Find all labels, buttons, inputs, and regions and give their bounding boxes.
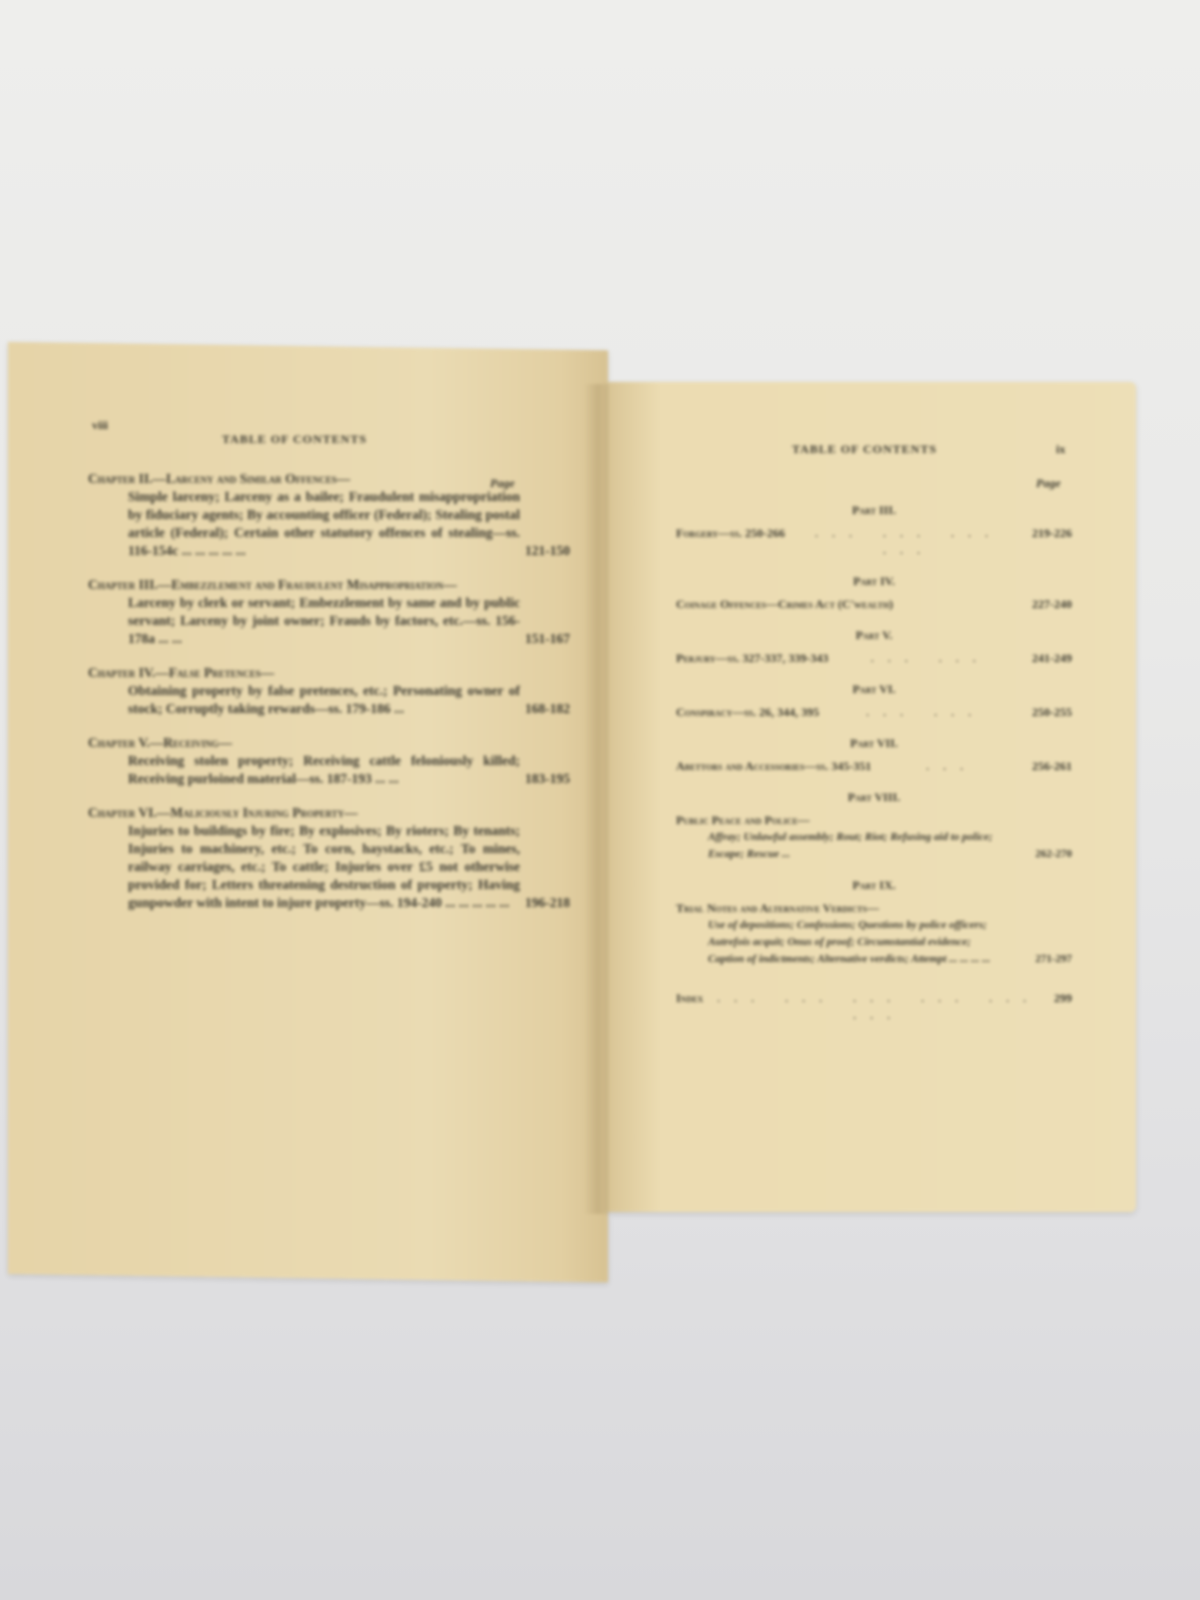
chapter-title: Chapter III.—Embezzlement and Fraudulent… — [88, 576, 520, 594]
part-entry-subtopics: Affray; Unlawful assembly; Rout; Riot; R… — [676, 829, 1072, 863]
leader-dots: ... ... — [819, 704, 1032, 721]
right-folio: ix — [1056, 442, 1065, 457]
part-heading: Part IV. — [676, 573, 1072, 590]
chapter-summary-text: Injuries to buildings by fire; By explos… — [128, 823, 520, 910]
index-label: Index — [676, 990, 703, 1024]
left-toc-list: Chapter II.—Larceny and Similar Offences… — [88, 470, 520, 928]
part-entry-title: Conspiracy—ss. 26, 344, 395 — [676, 704, 819, 721]
chapter-title: Chapter VI.—Maliciously Injuring Propert… — [88, 804, 520, 822]
chapter-summary: Injuries to buildings by fire; By explos… — [88, 822, 520, 912]
chapter-summary: Obtaining property by false pretences, e… — [88, 682, 520, 718]
chapter-summary: Simple larceny; Larceny as a bailee; Fra… — [88, 488, 520, 560]
right-toc-list: Part III.Forgery—ss. 250-266... ... ... … — [676, 488, 1072, 1024]
part-entry: Perjury—ss. 327-337, 339-343... ...241-2… — [676, 650, 1072, 667]
leader-dots: ... ... ... ... — [785, 525, 1032, 559]
part-entry-title: Public Peace and Police— — [676, 812, 1072, 829]
chapter-page-range: 121-150 — [525, 542, 570, 560]
toc-chapter: Chapter III.—Embezzlement and Fraudulent… — [88, 576, 520, 648]
subtopics-text: Use of depositions; Confessions; Questio… — [708, 917, 1008, 968]
chapter-title: Chapter IV.—False Pretences— — [88, 664, 520, 682]
part-heading: Part VIII. — [676, 789, 1072, 806]
part-entry-subtopics: Use of depositions; Confessions; Questio… — [676, 917, 1072, 968]
part-entry-title: Coinage Offences—Crimes Act (C'wealth) — [676, 596, 893, 613]
chapter-summary: Larceny by clerk or servant; Embezzlemen… — [88, 594, 520, 648]
part-entry-title: Trial Notes and Alternative Verdicts— — [676, 900, 1072, 917]
part-page-range: 250-255 — [1032, 704, 1072, 721]
chapter-page-range: 183-195 — [525, 770, 570, 788]
part-entry: Forgery—ss. 250-266... ... ... ...219-22… — [676, 525, 1072, 559]
part-page-range: 271-297 — [1035, 951, 1072, 968]
part-entry-title: Perjury—ss. 327-337, 339-343 — [676, 650, 828, 667]
subtopics-text: Affray; Unlawful assembly; Rout; Riot; R… — [708, 829, 1008, 863]
part-page-range: 256-261 — [1032, 758, 1072, 775]
toc-chapter: Chapter II.—Larceny and Similar Offences… — [88, 470, 520, 560]
part-heading: Part V. — [676, 627, 1072, 644]
part-heading: Part IX. — [676, 877, 1072, 894]
index-entry: Index... ... ... ... ... ...299 — [676, 990, 1072, 1024]
part-heading: Part VI. — [676, 681, 1072, 698]
part-heading: Part VII. — [676, 735, 1072, 752]
part-page-range: 241-249 — [1032, 650, 1072, 667]
part-page-range: 219-226 — [1032, 525, 1072, 559]
left-folio: viii — [92, 418, 108, 433]
toc-chapter: Chapter V.—Receiving—Receiving stolen pr… — [88, 734, 520, 788]
part-entry: Abettors and Accessories—ss. 345-351...2… — [676, 758, 1072, 775]
leader-dots: ... ... — [828, 650, 1032, 667]
chapter-summary-text: Simple larceny; Larceny as a bailee; Fra… — [128, 489, 520, 558]
part-heading: Part III. — [676, 502, 1072, 519]
chapter-page-range: 196-218 — [525, 894, 570, 912]
part-page-range: 262-270 — [1035, 846, 1072, 863]
book-gutter — [584, 384, 612, 1214]
chapter-page-range: 168-182 — [525, 700, 570, 718]
toc-chapter: Chapter VI.—Maliciously Injuring Propert… — [88, 804, 520, 912]
chapter-title: Chapter II.—Larceny and Similar Offences… — [88, 470, 520, 488]
chapter-page-range: 151-167 — [525, 630, 570, 648]
part-entry: Coinage Offences—Crimes Act (C'wealth)22… — [676, 596, 1072, 613]
left-running-head: TABLE OF CONTENTS — [222, 432, 367, 447]
chapter-summary-text: Obtaining property by false pretences, e… — [128, 683, 520, 716]
chapter-summary-text: Larceny by clerk or servant; Embezzlemen… — [128, 595, 520, 646]
part-entry-title: Abettors and Accessories—ss. 345-351 — [676, 758, 871, 775]
index-page: 299 — [1054, 990, 1072, 1024]
leader-dots: ... ... ... ... ... ... — [703, 990, 1054, 1024]
chapter-title: Chapter V.—Receiving— — [88, 734, 520, 752]
part-page-range: 227-240 — [1032, 596, 1072, 613]
part-entry: Conspiracy—ss. 26, 344, 395... ...250-25… — [676, 704, 1072, 721]
leader-dots: ... — [871, 758, 1032, 775]
part-entry-title: Forgery—ss. 250-266 — [676, 525, 785, 559]
right-running-head: TABLE OF CONTENTS — [792, 442, 937, 457]
chapter-summary: Receiving stolen property; Receiving cat… — [88, 752, 520, 788]
chapter-summary-text: Receiving stolen property; Receiving cat… — [128, 753, 520, 786]
leader-dots — [893, 596, 1032, 613]
toc-chapter: Chapter IV.—False Pretences—Obtaining pr… — [88, 664, 520, 718]
